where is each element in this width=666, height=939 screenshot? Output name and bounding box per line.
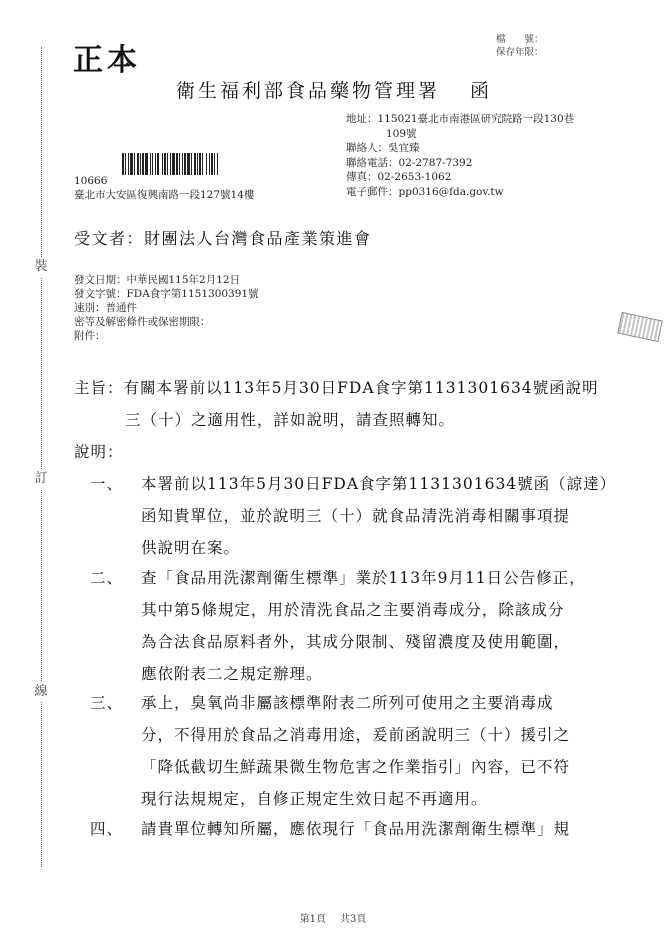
item-line: 本署前以113年5月30日FDA食字第1131301634號函（諒達） <box>141 472 616 494</box>
file-meta: 檔 號： 保存年限： <box>496 33 544 59</box>
contact-fax: 傳真：02-2653-1062 <box>346 170 574 185</box>
item-line: 「降低截切生鮮蔬果微生物危害之作業指引」內容，已不符 <box>141 755 570 777</box>
file-number-label: 檔 號： <box>496 33 544 46</box>
subject-line-2: 三（十）之適用性，詳如說明，請查照轉知。 <box>125 408 455 430</box>
document-meta: 發文日期：中華民國115年2月12日 發文字號：FDA食字第1151300391… <box>74 273 259 343</box>
item-line: 函知貴單位，並於說明三（十）就食品清洗消毒相關事項提 <box>141 504 570 526</box>
item-line: 承上，臭氧尚非屬該標準附表二所列可使用之主要消毒成 <box>141 691 554 713</box>
item-line: 現行法規規定，自修正規定生效日起不再適用。 <box>141 787 488 809</box>
document-type: 函 <box>470 80 492 102</box>
priority: 速別：普通件 <box>74 301 259 315</box>
item-line: 應依附表二之規定辦理。 <box>141 662 323 684</box>
subject-line-1: 主旨：有關本署前以113年5月30日FDA食字第1131301634號函說明 <box>74 376 599 398</box>
document-number: 發文字號：FDA食字第1151300391號 <box>74 287 259 301</box>
page-number: 第1頁 <box>300 914 326 925</box>
item-line: 分，不得用於食品之消毒用途，爰前函說明三（十）援引之 <box>141 723 570 745</box>
received-stamp <box>617 312 663 342</box>
binding-dotted-line <box>41 47 42 867</box>
contact-phone: 聯絡電話：02-2787-7392 <box>346 156 574 171</box>
binding-mark-bind: 裝 <box>31 257 51 277</box>
contact-email: 電子郵件：pp0316@fda.gov.tw <box>346 185 574 200</box>
item-line: 請貴單位轉知所屬，應依現行「食品用洗潔劑衛生標準」規 <box>141 817 570 839</box>
item-number: 二、 <box>90 566 123 588</box>
recipient: 受文者：財團法人台灣食品產業策進會 <box>74 226 372 249</box>
original-copy-mark: 正本 <box>73 35 141 79</box>
contact-person: 聯絡人：吳宜臻 <box>346 141 574 156</box>
retention-row: 保存年限： <box>496 46 544 59</box>
binding-mark-line: 線 <box>31 682 51 702</box>
address-line1: 地址：115021臺北市南港區研究院路一段130巷 <box>346 112 574 127</box>
contact-block: 地址：115021臺北市南港區研究院路一段130巷 109號 聯絡人：吳宜臻 聯… <box>346 112 574 199</box>
file-number-row: 檔 號： <box>496 33 544 46</box>
recipient-postcode: 10666 <box>74 175 107 187</box>
binding-mark-staple: 訂 <box>31 469 51 489</box>
item-line: 供說明在案。 <box>141 536 240 558</box>
agency-name: 衛生福利部食品藥物管理署 <box>176 80 440 102</box>
agency-title: 衛生福利部食品藥物管理署函 <box>176 76 492 103</box>
attachments: 附件： <box>74 329 259 343</box>
item-line: 其中第5條規定，用於清洗食品之主要消毒成分，除該成分 <box>141 598 564 620</box>
item-number: 三、 <box>90 691 123 713</box>
retention-label: 保存年限： <box>496 46 544 59</box>
item-number: 四、 <box>90 817 123 839</box>
page-total: 共3頁 <box>340 914 366 925</box>
address-line2: 109號 <box>346 127 574 142</box>
item-number: 一、 <box>90 472 123 494</box>
explanation-label: 說明： <box>74 440 124 462</box>
recipient-address: 臺北市大安區復興南路一段127號14樓 <box>74 187 254 202</box>
classification: 密等及解密條件或保密期限： <box>74 315 259 329</box>
barcode <box>122 153 290 175</box>
page-footer: 第1頁共3頁 <box>0 910 666 925</box>
item-line: 為合法食品原料者外，其成分限制、殘留濃度及使用範圍， <box>141 630 570 652</box>
issue-date: 發文日期：中華民國115年2月12日 <box>74 273 259 287</box>
item-line: 查「食品用洗潔劑衛生標準」業於113年9月11日公告修正， <box>141 566 586 588</box>
